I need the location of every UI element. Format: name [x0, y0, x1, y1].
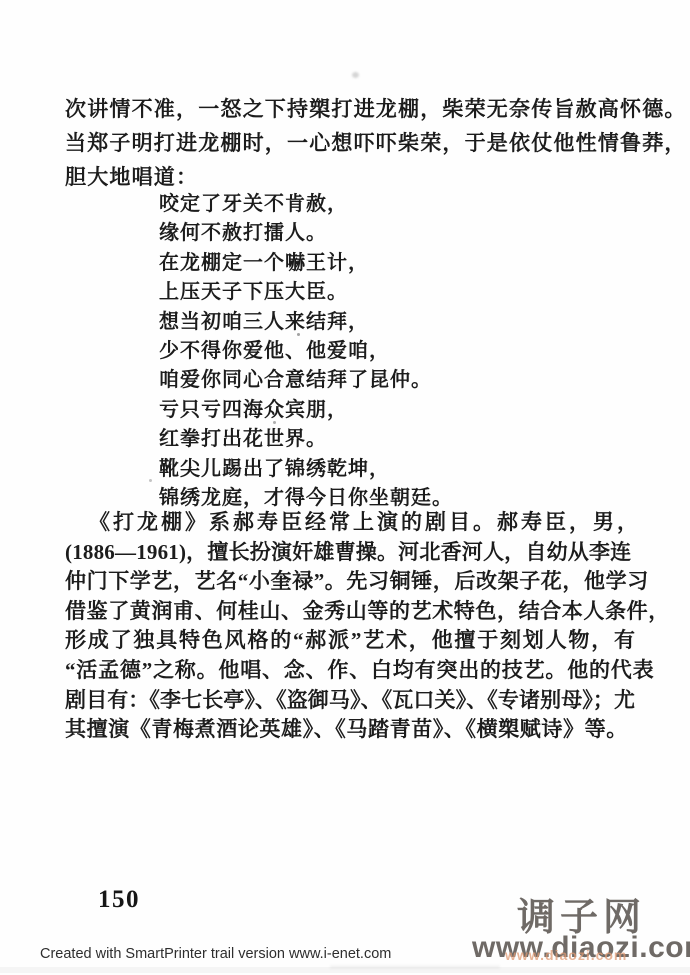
- book-page: 次讲情不准，一怒之下持槊打进龙棚，柴荣无奈传旨赦高怀德。当郑子明打进龙棚时，一心…: [0, 0, 690, 975]
- scan-speck: [149, 479, 152, 482]
- lyric-line: 少不得你爱他、他爱咱，: [159, 337, 453, 366]
- text-line: 剧目有：《李七长亭》、《盗御马》、《瓦口关》、《专诸别母》；尤: [65, 686, 670, 716]
- sung-lyrics: 咬定了牙关不肯赦，缘何不赦打擂人。在龙棚定一个嚇王计，上压天子下压大臣。想当初咱…: [159, 190, 453, 513]
- lyric-line: 亏只亏四海众宾朋，: [159, 396, 453, 425]
- lyric-line: 在龙棚定一个嚇王计，: [159, 249, 453, 278]
- lyric-line: 红拳打出花世界。: [159, 425, 453, 454]
- lyric-line: 靴尖儿踢出了锦绣乾坤，: [159, 455, 453, 484]
- scan-speck: [352, 72, 359, 78]
- watermark-faint-url: www.diaozi.com: [505, 947, 627, 963]
- lyric-line: 上压天子下压大臣。: [159, 278, 453, 307]
- text-line: “活孟德”之称。他唱、念、作、白均有突出的技艺。他的代表: [65, 656, 670, 686]
- lyric-line: 缘何不赦打擂人。: [159, 219, 453, 248]
- text-line: 《打龙棚》系郝寿臣经常上演的剧目。郝寿臣，男，: [65, 508, 670, 538]
- lyric-line: 想当初咱三人来结拜，: [159, 308, 453, 337]
- page-number: 150: [98, 886, 140, 914]
- text-line: 其擅演《青梅煮酒论英雄》、《马踏青苗》、《横槊赋诗》等。: [65, 715, 670, 745]
- scan-edge-smudge: [330, 965, 500, 969]
- scan-speck: [297, 333, 300, 336]
- text-line: 仲门下学艺，艺名“小奎禄”。先习铜锤，后改架子花，他学习: [65, 567, 670, 597]
- biography-paragraph: 《打龙棚》系郝寿臣经常上演的剧目。郝寿臣，男，(1886—1961)，擅长扮演奸…: [65, 508, 670, 745]
- text-line: 次讲情不准，一怒之下持槊打进龙棚，柴荣无奈传旨赦高怀德。: [65, 92, 687, 126]
- lyric-line: 咬定了牙关不肯赦，: [159, 190, 453, 219]
- text-line: 形成了独具特色风格的“郝派”艺术，他擅于刻划人物，有: [65, 626, 670, 656]
- printer-footer-text: Created with SmartPrinter trail version …: [40, 946, 391, 962]
- intro-paragraph: 次讲情不准，一怒之下持槊打进龙棚，柴荣无奈传旨赦高怀德。当郑子明打进龙棚时，一心…: [65, 92, 687, 194]
- scan-speck: [273, 421, 276, 424]
- text-line: 借鉴了黄润甫、何桂山、金秀山等的艺术特色，结合本人条件，: [65, 597, 670, 627]
- text-line: 胆大地唱道：: [65, 160, 687, 194]
- text-line: 当郑子明打进龙棚时，一心想吓吓柴荣，于是依仗他性情鲁莽，: [65, 126, 687, 160]
- text-line: (1886—1961)，擅长扮演奸雄曹操。河北香河人，自幼从李连: [65, 538, 670, 568]
- lyric-line: 咱爱你同心合意结拜了昆仲。: [159, 366, 453, 395]
